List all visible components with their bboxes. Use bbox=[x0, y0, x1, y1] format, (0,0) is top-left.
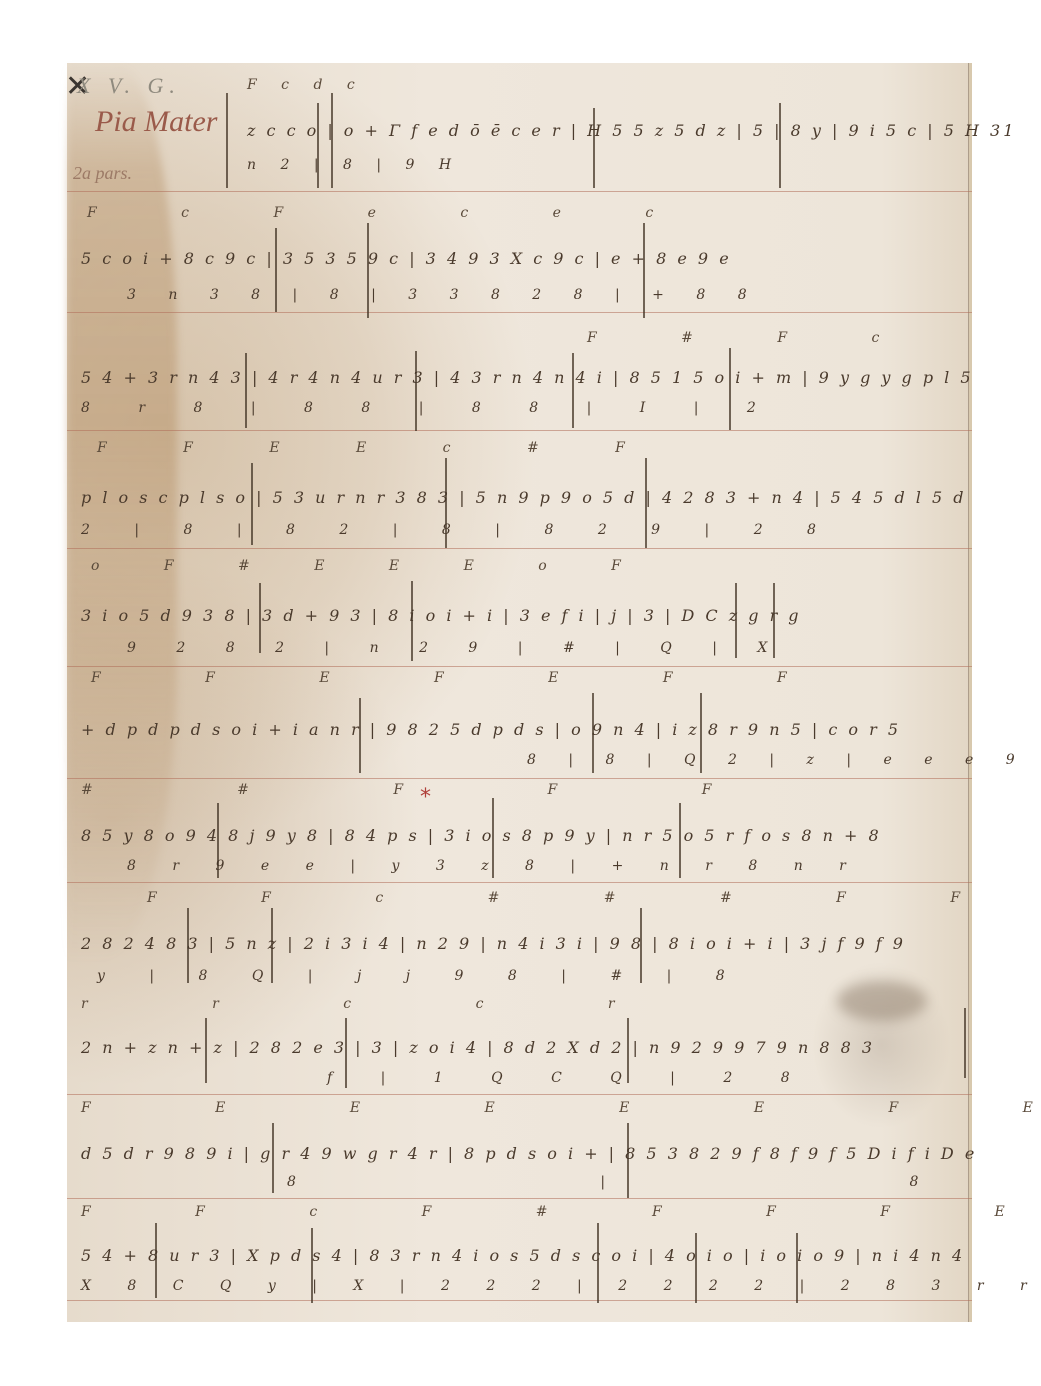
tablature-system-3: F # F c 5 4 + 3 r n 4 3 | 4 r 4 n 4 u r … bbox=[67, 312, 972, 431]
bar-line bbox=[259, 583, 261, 653]
system-7-top: # # F F F bbox=[81, 782, 981, 798]
bar-line bbox=[627, 1123, 629, 1198]
system-10-bottom: 8 | 8 | 1 1 1 bbox=[287, 1174, 1041, 1190]
system-1-middle: z c c o | o + Γ f e d ō ē c e r | H 5 5 … bbox=[247, 121, 1041, 140]
system-3-middle: 5 4 + 3 r n 4 3 | 4 r 4 n 4 u r 3 | 4 3 … bbox=[81, 368, 981, 387]
bar-line bbox=[217, 803, 219, 878]
system-1-top: F c d c bbox=[247, 77, 1041, 93]
system-3-bottom: 8 r 8 | 8 8 | 8 8 | I | 2 bbox=[81, 400, 981, 416]
tablature-system-1: F c d c z c c o | o + Γ f e d ō ē c e r … bbox=[67, 63, 972, 192]
system-8-middle: 2 8 2 4 8 3 | 5 n z | 2 i 3 i 4 | n 2 9 … bbox=[81, 934, 981, 953]
tablature-system-11: F F c F # F F F E 5 4 + 8 u r 3 | X p d … bbox=[67, 1198, 972, 1301]
tablature-system-4: F F E E c # F p l o s c p l s o | 5 3 u … bbox=[67, 430, 972, 549]
bar-line bbox=[700, 693, 702, 773]
bar-line bbox=[226, 93, 228, 188]
bar-line bbox=[796, 1233, 798, 1303]
bar-line bbox=[735, 583, 737, 658]
bar-line bbox=[593, 108, 595, 188]
bar-line bbox=[643, 223, 645, 318]
system-6-bottom: 8 | 8 | Q 2 | z | e e e 9 y bbox=[527, 752, 1041, 768]
bar-line bbox=[645, 458, 647, 548]
system-11-middle: 5 4 + 8 u r 3 | X p d s 4 | 8 3 r n 4 i … bbox=[81, 1246, 981, 1265]
bar-line bbox=[275, 228, 277, 312]
system-4-middle: p l o s c p l s o | 5 3 u r n r 3 8 3 | … bbox=[81, 488, 981, 507]
system-2-rule bbox=[67, 191, 972, 313]
bar-line bbox=[359, 698, 361, 773]
bar-line bbox=[964, 1008, 966, 1078]
bar-line bbox=[597, 1223, 599, 1303]
bar-line bbox=[592, 693, 594, 773]
bar-line bbox=[311, 1228, 313, 1303]
system-9-top: r r c c r bbox=[81, 996, 981, 1012]
tablature-system-5: o F # E E E o F 3 i o 5 d 9 3 8 | 3 d + … bbox=[67, 548, 972, 667]
red-asterisk: * bbox=[420, 785, 431, 810]
system-6-top: F F E F E F F bbox=[91, 670, 991, 686]
system-4-bottom: 2 | 8 | 8 2 | 8 | 8 2 9 | 2 8 bbox=[81, 522, 981, 538]
bar-line bbox=[773, 583, 775, 658]
bar-line bbox=[411, 581, 413, 661]
system-8-top: F F c # # # F F F bbox=[147, 890, 1041, 906]
system-11-bottom: X 8 C Q y | X | 2 2 2 | 2 2 2 2 | 2 8 3 … bbox=[81, 1278, 981, 1294]
bar-line bbox=[187, 908, 189, 983]
bar-line bbox=[640, 908, 642, 983]
system-10-top: F E E E E E F E E bbox=[81, 1100, 981, 1116]
bar-line bbox=[271, 908, 273, 983]
bar-line bbox=[205, 1018, 207, 1083]
bar-line bbox=[492, 798, 494, 878]
bar-line bbox=[155, 1223, 157, 1298]
manuscript-page: ✕ X V. G. Pia Mater 2a pars. F c d c z c… bbox=[67, 63, 972, 1322]
bar-line bbox=[345, 1018, 347, 1088]
bar-line bbox=[415, 351, 417, 431]
system-7-middle: 8 5 y 8 o 9 4 8 j 9 y 8 | 8 4 p s | 3 i … bbox=[81, 826, 981, 845]
bar-line bbox=[445, 458, 447, 548]
system-9-middle: 2 n + z n + z | 2 8 2 e 3 | 3 | z o i 4 … bbox=[81, 1038, 981, 1057]
bar-line bbox=[331, 93, 333, 188]
system-11-top: F F c F # F F F E bbox=[81, 1204, 981, 1220]
tablature-system-9: r r c c r 2 n + z n + z | 2 8 2 e 3 | 3 … bbox=[67, 992, 972, 1095]
bar-line bbox=[695, 1233, 697, 1303]
bar-line bbox=[367, 223, 369, 318]
system-3-top: F # F c bbox=[587, 330, 1041, 346]
tablature-system-6: F F E F E F F + d p d p d s o i + i a n … bbox=[67, 666, 972, 779]
bar-line bbox=[251, 463, 253, 545]
bar-line bbox=[272, 1123, 274, 1193]
system-10-middle: d 5 d r 9 8 9 i | g r 4 9 w g r 4 r | 8 … bbox=[81, 1144, 981, 1163]
system-5-middle: 3 i o 5 d 9 3 8 | 3 d + 9 3 | 8 i o i + … bbox=[81, 606, 981, 625]
tablature-system-7: # # F F F 8 5 y 8 o 9 4 8 j 9 y 8 | 8 4 … bbox=[67, 778, 972, 883]
bar-line bbox=[679, 803, 681, 878]
bar-line bbox=[245, 353, 247, 428]
system-7-bottom: 8 r 9 e e | y 3 z 8 | + n r 8 n r bbox=[127, 858, 1027, 874]
system-4-top: F F E E c # F bbox=[97, 440, 997, 456]
bar-line bbox=[317, 103, 319, 188]
bar-line bbox=[729, 348, 731, 430]
tablature-system-8: F F c # # # F F F 2 8 2 4 8 3 | 5 n z | … bbox=[67, 882, 972, 992]
system-9-bottom: f | 1 Q C Q | 2 8 bbox=[327, 1070, 1041, 1086]
system-5-bottom: 9 2 8 2 | n 2 9 | # | Q | X bbox=[127, 640, 1027, 656]
tablature-system-10: F E E E E E F E E d 5 d r 9 8 9 i | g r … bbox=[67, 1094, 972, 1199]
bar-line bbox=[627, 1018, 629, 1083]
bar-line bbox=[779, 103, 781, 188]
system-1-bottom: n 2 | 8 | 9 H bbox=[247, 157, 1041, 173]
system-5-top: o F # E E E o F bbox=[91, 558, 991, 574]
bar-line bbox=[572, 353, 574, 428]
system-8-bottom: y | 8 Q | j j 9 8 | # | 8 bbox=[97, 968, 997, 984]
system-6-middle: + d p d p d s o i + i a n r | 9 8 2 5 d … bbox=[81, 720, 981, 739]
